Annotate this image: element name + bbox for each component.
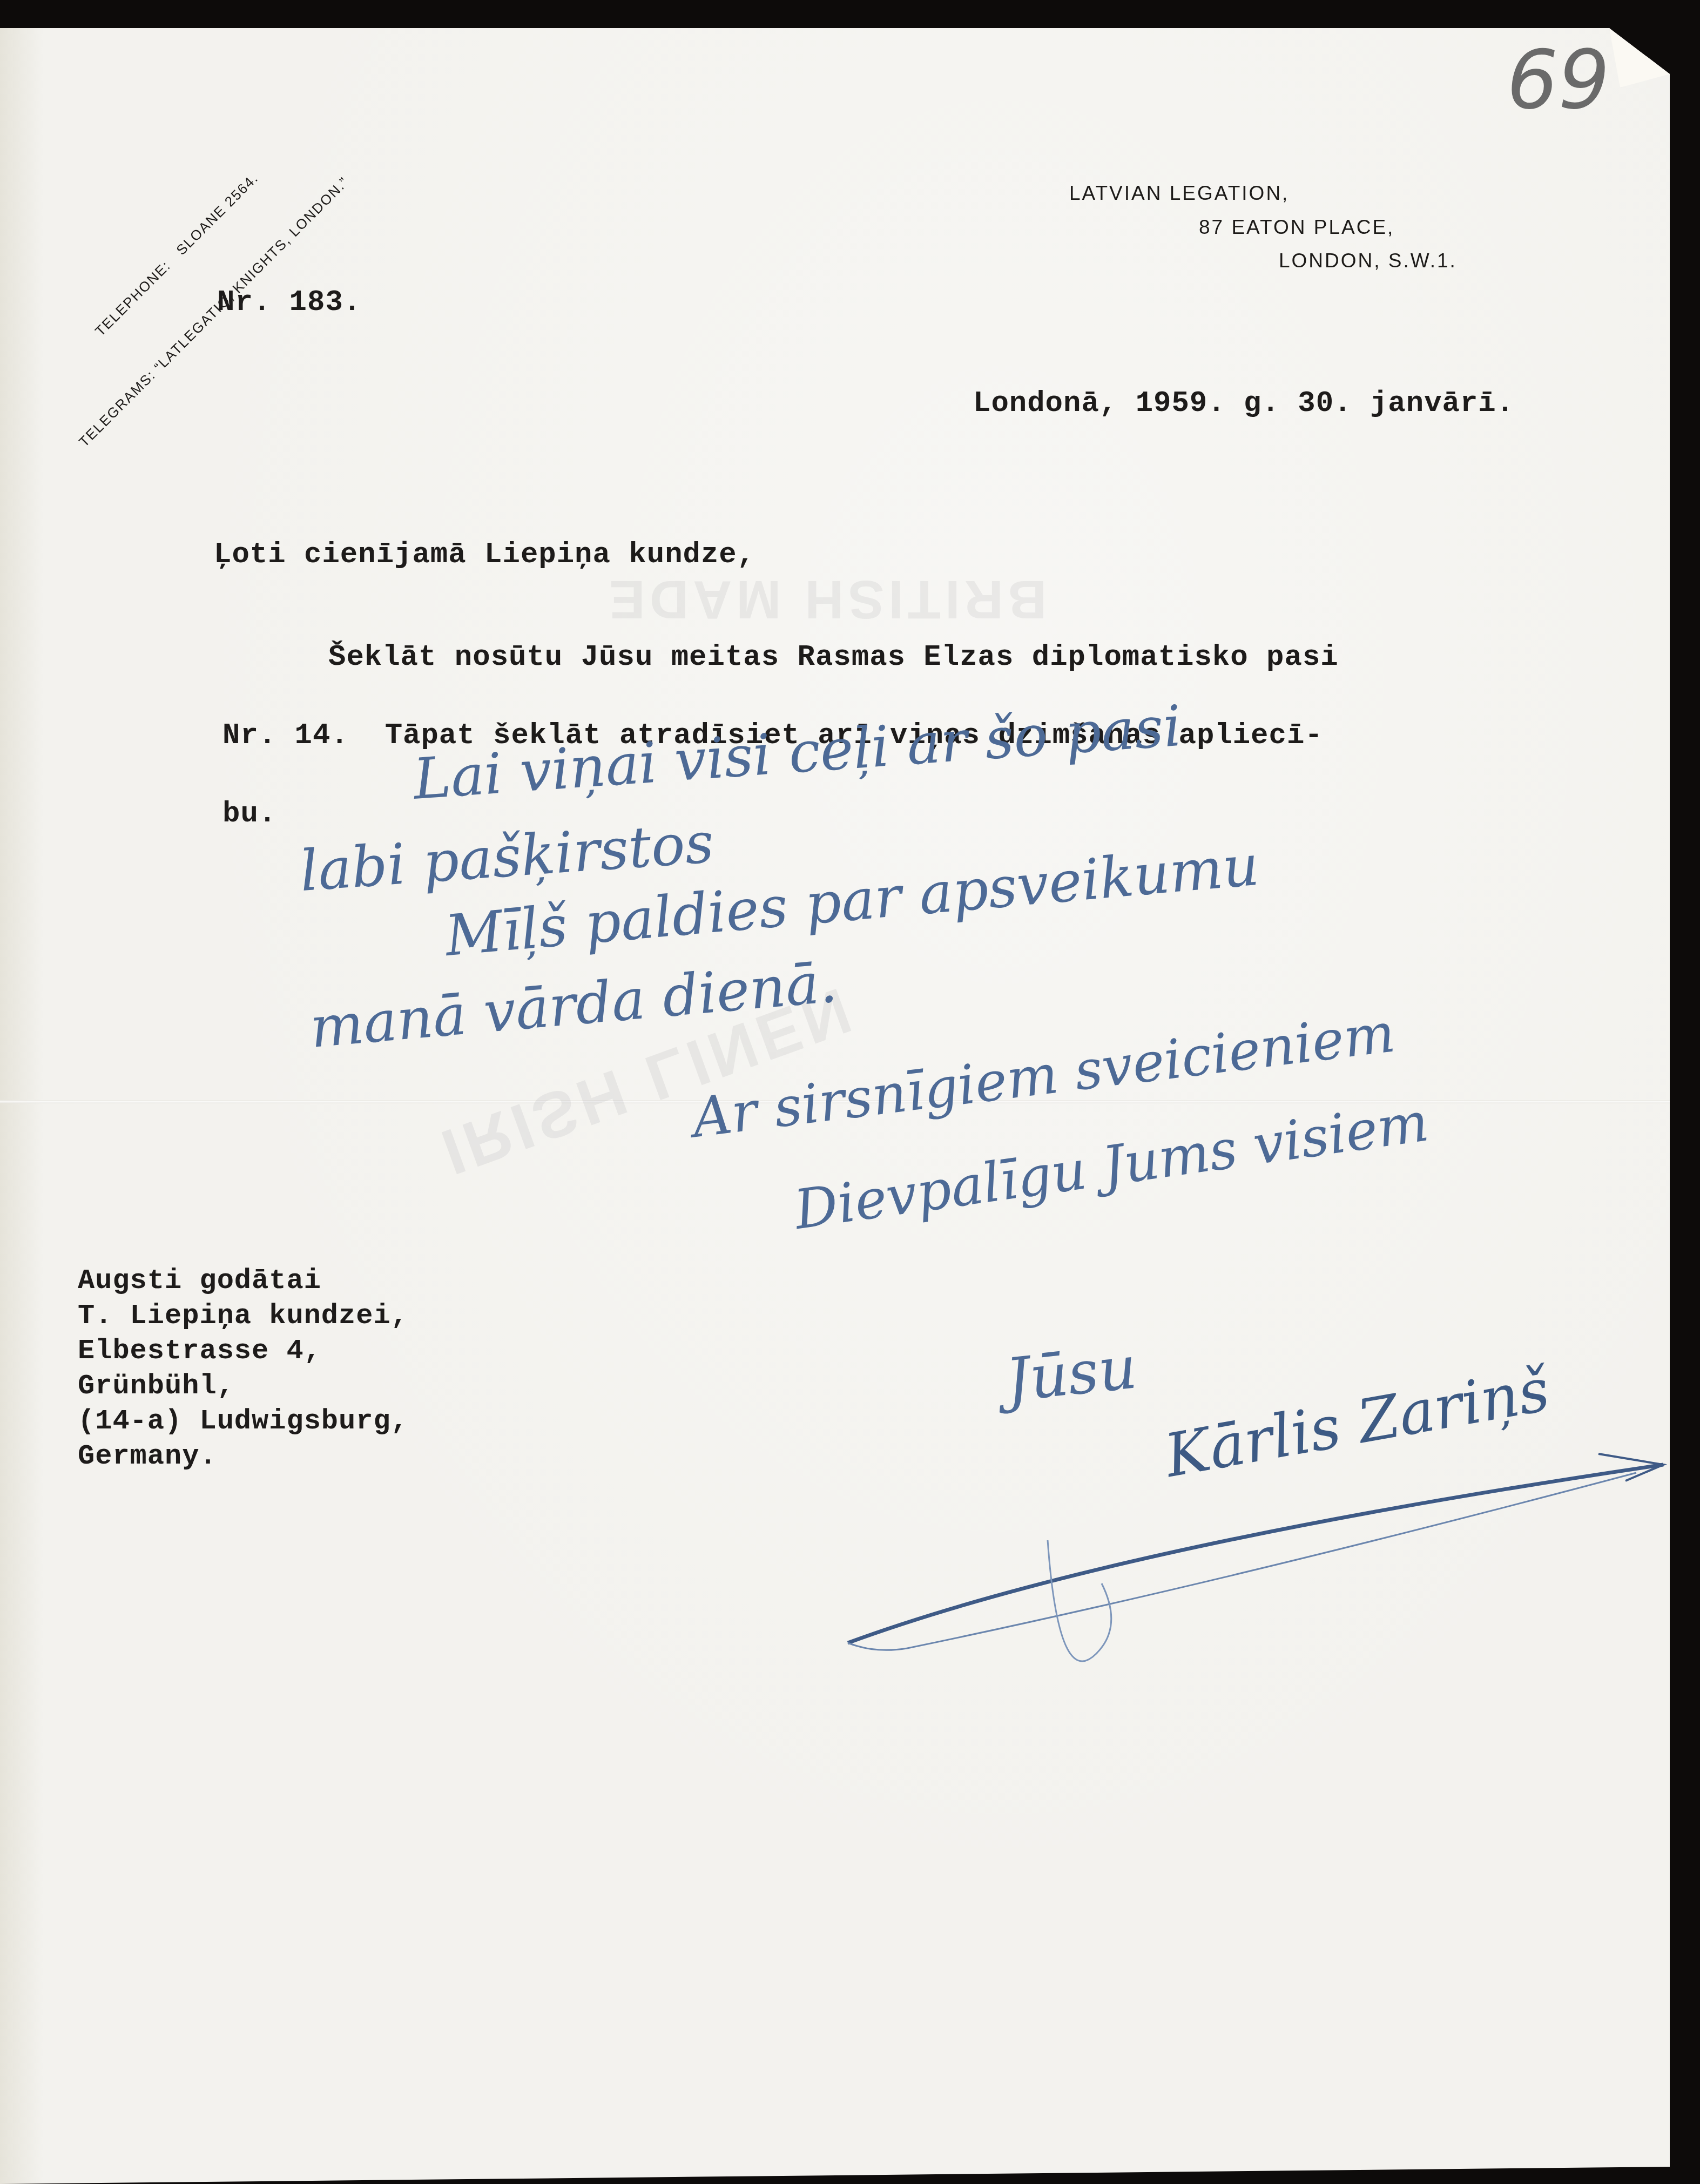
letterhead-street: 87 EATON PLACE, <box>1199 216 1394 239</box>
recipient-line-3: Elbestrasse 4, <box>78 1335 321 1367</box>
recipient-line-5: (14-a) Ludwigsburg, <box>78 1405 408 1437</box>
body-line-3: bu. <box>222 798 276 831</box>
letterhead-city: LONDON, S.W.1. <box>1279 250 1457 272</box>
signature-flourish <box>842 1421 1685 1670</box>
reference-number: Nr. 183. <box>217 286 361 319</box>
folded-corner <box>1609 28 1670 87</box>
recipient-line-1: Augsti godātai <box>78 1265 321 1297</box>
handwritten-line-1: Lai viņai visi ceļi ar šo pasi <box>411 693 1183 812</box>
date-line: Londonā, 1959. g. 30. janvārī. <box>973 387 1514 420</box>
watermark-british-made: BRITISH MADE <box>605 568 1047 630</box>
recipient-line-4: Grünbühl, <box>78 1370 234 1402</box>
letterhead-organization: LATVIAN LEGATION, <box>1069 182 1289 205</box>
salutation: Ļoti cienījamā Liepiņa kundze, <box>214 538 755 571</box>
body-line-1: Šeklāt nosūtu Jūsu meitas Rasmas Elzas d… <box>328 641 1339 674</box>
letter-paper: BRITISH MADE IRISH LINEN 69 LATVIAN LEGA… <box>0 28 1670 2184</box>
handwritten-line-7: Jūsu <box>1003 1332 1140 1415</box>
recipient-line-2: T. Liepiņa kundzei, <box>78 1300 408 1332</box>
recipient-line-6: Germany. <box>78 1440 217 1472</box>
page-number: 69 <box>1507 33 1610 127</box>
